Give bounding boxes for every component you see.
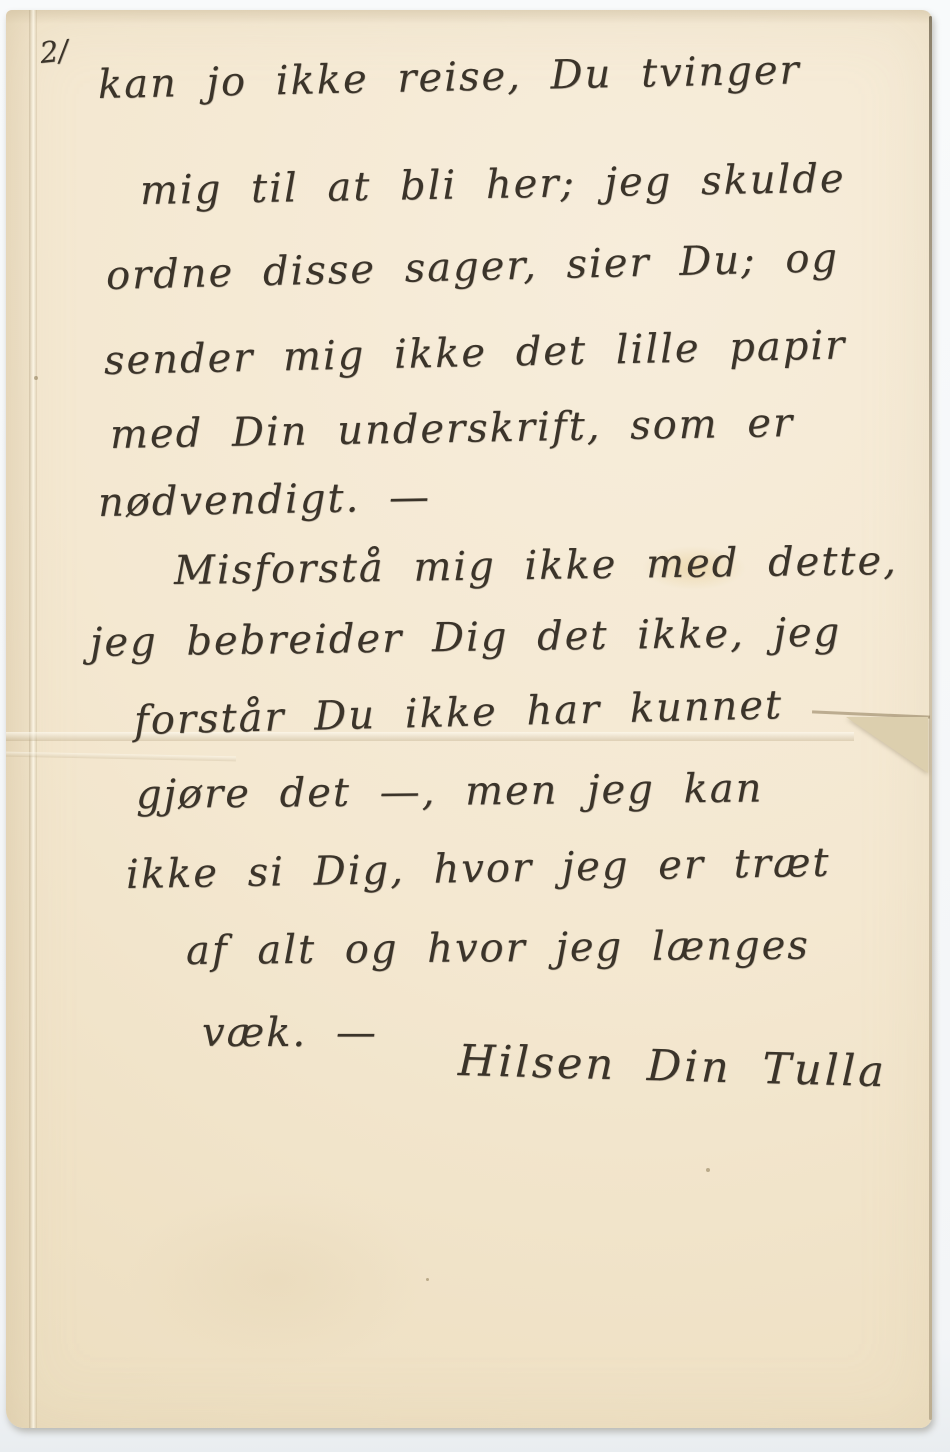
paper-speck [706, 1168, 710, 1172]
handwriting-line: ikke si Dig, hvor jeg er træt [126, 840, 831, 898]
letter-page: 2/ kan jo ikke reise, Du tvinger mig til… [6, 10, 932, 1428]
vertical-fold-crease [29, 10, 37, 1428]
scanner-background: 2/ kan jo ikke reise, Du tvinger mig til… [0, 0, 950, 1452]
signature: Hilsen Din Tulla [457, 1036, 887, 1097]
handwriting-line: af alt og hvor jeg længes [186, 923, 810, 974]
handwriting-line: ordne disse sager, sier Du; og [105, 235, 839, 299]
handwriting-line: sender mig ikke det lille papir [104, 322, 847, 384]
handwriting-line: gjøre det —, men jeg kan [136, 765, 764, 818]
handwriting-line: Misforstå mig ikke med dette, [174, 538, 898, 594]
page-number: 2/ [38, 33, 70, 70]
handwriting-line: nødvendigt. — [98, 474, 432, 526]
handwriting-line: jeg bebreider Dig det ikke, jeg [90, 610, 842, 666]
horizontal-fold-crease-left [6, 752, 236, 762]
handwriting-line: væk. — [202, 1010, 378, 1056]
paper-speck [34, 376, 38, 380]
handwriting-line: med Din underskrift, som er [110, 400, 795, 458]
left-fold-strip [6, 10, 31, 1428]
paper-stain [126, 1190, 426, 1370]
handwriting-line: kan jo ikke reise, Du tvinger [98, 47, 802, 108]
handwriting-line: mig til at bli her; jeg skulde [140, 156, 846, 214]
paper-speck [426, 1278, 429, 1281]
folded-corner [846, 717, 928, 773]
